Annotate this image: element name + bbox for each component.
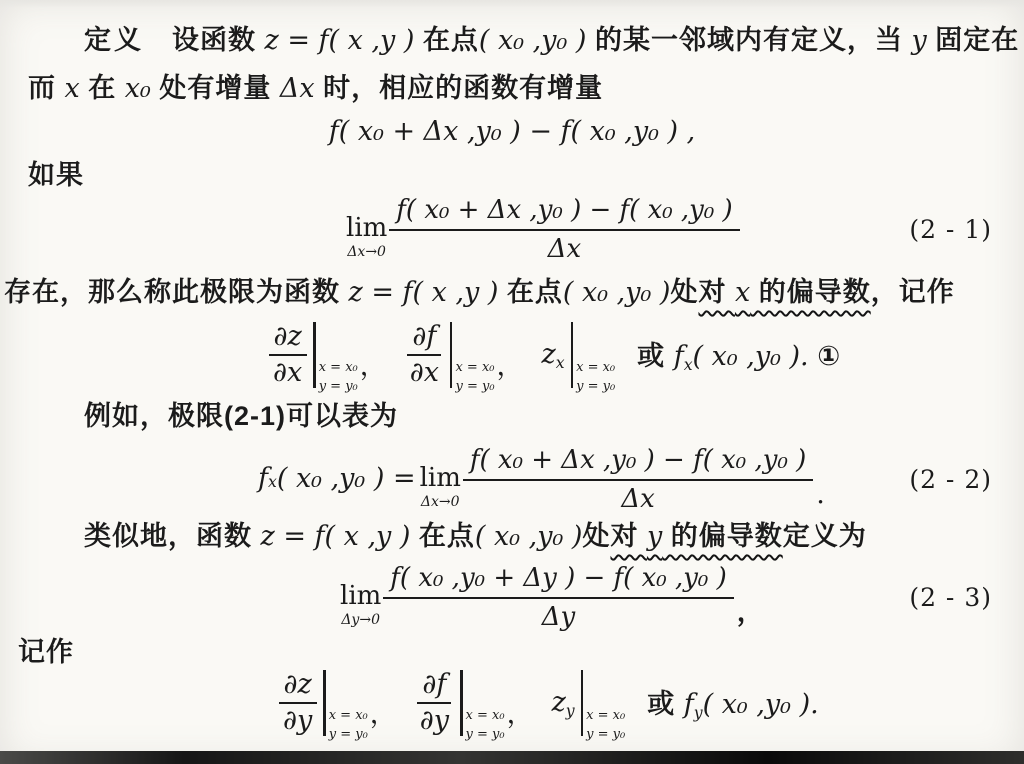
z-base: zy: [552, 685, 575, 721]
equation-tag-2-1: (2 - 1): [909, 213, 992, 247]
text-segment: 的偏导数: [750, 277, 871, 307]
notation-tail-y: 或 fy( x₀ ,y₀ ).: [647, 686, 818, 723]
text-segment: 例如，极限(2-1)可以表为: [84, 401, 398, 431]
text-segment: ( x₀ ,y₀ ): [479, 25, 587, 56]
limit-block: lim Δx→0: [346, 215, 387, 259]
text-segment: z = f( x ,y ): [261, 521, 411, 552]
text-segment: 或: [647, 689, 684, 719]
text-segment: ①: [817, 341, 841, 371]
text-segment: 在点: [498, 277, 563, 307]
text-segment: 固定在: [927, 25, 1024, 55]
frac-numerator: ∂z: [279, 671, 317, 704]
limit-block: lim Δx→0: [420, 465, 461, 509]
text-segment: f( x₀ + Δx ,y₀ ) − f( x₀ ,y₀ ) ,: [329, 116, 696, 147]
equation-lead: fx( x₀ ,y₀ ) =: [258, 461, 416, 497]
partial-fraction: ∂f ∂y: [415, 671, 454, 736]
text-segment: 处有增量: [151, 73, 280, 103]
text-segment: 对: [610, 521, 647, 551]
cond-x: x = x₀: [319, 358, 358, 378]
frac-denominator: ∂x: [405, 356, 444, 387]
frac-numerator: ∂f: [417, 671, 451, 704]
static-text: 记作: [18, 637, 74, 667]
text-segment: 存在，那么称此极限为函数: [4, 277, 349, 307]
limit-block: lim Δy→0: [340, 583, 381, 627]
notation-group-df-dy: ∂f ∂y x = x₀ y = y₀: [415, 664, 505, 742]
cond-x: x = x₀: [329, 706, 368, 726]
text-segment: x: [65, 73, 80, 104]
cond-x: x = x₀: [466, 706, 505, 726]
text-segment: 的偏导数: [662, 521, 783, 551]
text-segment: f: [258, 461, 268, 497]
evaluation-bar: [313, 322, 316, 388]
text-segment: ( x₀ ,y₀ ): [563, 277, 671, 308]
formula-increment: f( x₀ + Δx ,y₀ ) − f( x₀ ,y₀ ) ,: [0, 113, 1024, 150]
text-segment: x: [268, 471, 277, 492]
text-segment: 定义为: [783, 521, 867, 551]
label-jizuo: 记作: [18, 634, 74, 670]
cond-y: y = y₀: [319, 377, 358, 397]
cond-y: y = y₀: [466, 725, 505, 745]
equation-tag-2-2: (2 - 2): [909, 463, 992, 497]
cond-y: y = y₀: [586, 725, 625, 745]
text-segment: ( x₀ ,y₀ ).: [693, 341, 818, 372]
text-segment: x₀: [125, 73, 151, 104]
limit-word: lim: [420, 465, 461, 491]
document-page: 定义 设函数 z = f( x ,y ) 在点( x₀ ,y₀ ) 的某一邻域内…: [0, 0, 1024, 764]
base-subscript: y: [566, 701, 575, 720]
frac-denominator: Δx: [541, 231, 588, 264]
text-segment: 设函数: [144, 25, 265, 55]
text-segment: 或: [637, 341, 674, 371]
text-segment: ，记作: [871, 277, 955, 307]
cond-y: y = y₀: [576, 377, 615, 397]
text-segment: 而: [28, 73, 65, 103]
fraction: f( x₀ + Δx ,y₀ ) − f( x₀ ,y₀ ) Δx: [463, 446, 813, 513]
text-segment: 的某一邻域内有定义，当: [586, 25, 911, 55]
text-segment: Δx: [280, 73, 315, 104]
notation-group-df-dx: ∂f ∂x x = x₀ y = y₀: [405, 316, 495, 394]
frac-denominator: ∂x: [268, 356, 307, 387]
notation-row-y: ∂z ∂y x = x₀ y = y₀ ， ∂f ∂y x = x₀ y = y…: [278, 664, 819, 742]
frac-numerator: ∂z: [269, 323, 307, 356]
separator-comma: ，: [360, 349, 387, 385]
limit-word: lim: [340, 583, 381, 609]
equation-punctuation: ，: [737, 595, 765, 631]
text-segment: ( x₀ ,y₀ ).: [703, 689, 819, 720]
limit-subscript: Δx→0: [421, 495, 460, 509]
frac-denominator: Δx: [614, 481, 661, 514]
paragraph-definition-line1: 定义 设函数 z = f( x ,y ) 在点( x₀ ,y₀ ) 的某一邻域内…: [84, 22, 1024, 59]
frac-denominator: Δy: [535, 599, 582, 632]
evaluation-conditions: x = x₀ y = y₀: [586, 706, 625, 745]
evaluation-conditions: x = x₀ y = y₀: [576, 358, 615, 397]
text-segment: f: [674, 341, 684, 372]
limit-subscript: Δy→0: [341, 613, 380, 627]
equation-punctuation: .: [816, 477, 825, 513]
text-segment: 处: [670, 277, 698, 307]
partial-fraction: ∂z ∂x: [268, 323, 307, 388]
notation-group-zy: zy x = x₀ y = y₀: [552, 664, 626, 742]
evaluation-conditions: x = x₀ y = y₀: [319, 358, 358, 397]
separator-comma: ，: [370, 697, 397, 733]
text-segment: 时，相应的函数有增量: [315, 73, 604, 103]
equation-2-2: fx( x₀ ,y₀ ) = lim Δx→0 f( x₀ + Δx ,y₀ )…: [0, 446, 1024, 513]
equation-2-1: lim Δx→0 f( x₀ + Δx ,y₀ ) − f( x₀ ,y₀ ) …: [0, 196, 1024, 263]
text-segment: y: [911, 25, 926, 56]
base-letter: z: [552, 687, 566, 718]
evaluation-conditions: x = x₀ y = y₀: [466, 706, 505, 745]
scan-edge-shadow: [0, 751, 1024, 764]
text-segment: 类似地，函数: [84, 521, 261, 551]
text-segment: 定义: [84, 25, 144, 55]
paragraph-similarly: 类似地，函数 z = f( x ,y ) 在点( x₀ ,y₀ )处对 y 的偏…: [84, 518, 867, 555]
base-letter: z: [542, 339, 556, 370]
paragraph-definition-line2: 而 x 在 x₀ 处有增量 Δx 时，相应的函数有增量: [28, 70, 603, 107]
cond-y: y = y₀: [455, 377, 494, 397]
frac-denominator: ∂y: [415, 704, 454, 735]
separator-comma: ，: [507, 697, 534, 733]
evaluation-bar: [323, 670, 326, 736]
cond-y: y = y₀: [329, 725, 368, 745]
text-segment: 在: [80, 73, 125, 103]
paragraph-example: 例如，极限(2-1)可以表为: [84, 398, 398, 434]
notation-group-dz-dy: ∂z ∂y x = x₀ y = y₀: [278, 664, 368, 742]
limit-subscript: Δx→0: [347, 245, 386, 259]
text-segment: z = f( x ,y ): [349, 277, 499, 308]
text-segment: ( x₀ ,y₀ ): [475, 521, 583, 552]
limit-word: lim: [346, 215, 387, 241]
evaluation-bar: [571, 322, 574, 388]
partial-fraction: ∂f ∂x: [405, 323, 444, 388]
frac-denominator: ∂y: [278, 704, 317, 735]
text-segment: 处: [582, 521, 610, 551]
paragraph-exists: 存在，那么称此极限为函数 z = f( x ,y ) 在点( x₀ ,y₀ )处…: [4, 274, 955, 311]
separator-comma: ，: [497, 349, 524, 385]
text-segment: f: [684, 689, 694, 720]
evaluation-bar: [460, 670, 463, 736]
text-segment: y: [647, 521, 662, 552]
cond-x: x = x₀: [576, 358, 615, 378]
label-ruguo: 如果: [28, 157, 84, 193]
equation-tag-2-3: (2 - 3): [909, 581, 992, 615]
base-subscript: x: [556, 353, 565, 372]
partial-fraction: ∂z ∂y: [278, 671, 317, 736]
text-segment: ( x₀ ,y₀ ) =: [277, 461, 416, 497]
text-segment: 在点: [410, 521, 475, 551]
notation-group-zx: zx x = x₀ y = y₀: [542, 316, 616, 394]
text-segment: x: [735, 277, 750, 308]
text-segment: z = f( x ,y ): [265, 25, 415, 56]
evaluation-bar: [581, 670, 584, 736]
fraction: f( x₀ + Δx ,y₀ ) − f( x₀ ,y₀ ) Δx: [389, 196, 739, 263]
text-segment: 在点: [414, 25, 479, 55]
z-base: zx: [542, 337, 565, 373]
frac-numerator: f( x₀ ,y₀ + Δy ) − f( x₀ ,y₀ ): [383, 564, 733, 599]
evaluation-conditions: x = x₀ y = y₀: [329, 706, 368, 745]
frac-numerator: f( x₀ + Δx ,y₀ ) − f( x₀ ,y₀ ): [389, 196, 739, 231]
cond-x: x = x₀: [455, 358, 494, 378]
fraction: f( x₀ ,y₀ + Δy ) − f( x₀ ,y₀ ) Δy: [383, 564, 733, 631]
frac-numerator: f( x₀ + Δx ,y₀ ) − f( x₀ ,y₀ ): [463, 446, 813, 481]
evaluation-bar: [450, 322, 453, 388]
evaluation-conditions: x = x₀ y = y₀: [455, 358, 494, 397]
cond-x: x = x₀: [586, 706, 625, 726]
frac-numerator: ∂f: [407, 323, 441, 356]
notation-row-x: ∂z ∂x x = x₀ y = y₀ ， ∂f ∂x x = x₀ y = y…: [268, 316, 841, 394]
notation-group-dz-dx: ∂z ∂x x = x₀ y = y₀: [268, 316, 358, 394]
static-text: 如果: [28, 160, 84, 190]
equation-2-3: lim Δy→0 f( x₀ ,y₀ + Δy ) − f( x₀ ,y₀ ) …: [0, 564, 1024, 631]
notation-tail-x: 或 fx( x₀ ,y₀ ). ①: [637, 338, 841, 375]
text-segment: 对: [698, 277, 735, 307]
